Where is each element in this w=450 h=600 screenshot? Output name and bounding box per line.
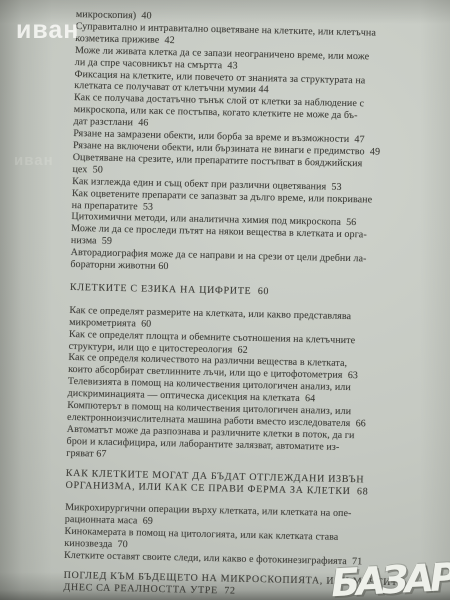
seller-watermark: иван	[16, 18, 79, 43]
toc-heading-line: КЛЕТКИТЕ С ЕЗИКА НА ЦИФРИТЕ 60	[70, 282, 434, 302]
table-of-contents: микроскопия) 40Суправитално и интравитал…	[63, 9, 440, 600]
book-page-photo[interactable]: микроскопия) 40Суправитално и интравитал…	[0, 0, 450, 600]
seller-watermark-faint: иван	[14, 152, 54, 169]
bazar-logo-watermark: БАЗАР	[330, 555, 450, 600]
